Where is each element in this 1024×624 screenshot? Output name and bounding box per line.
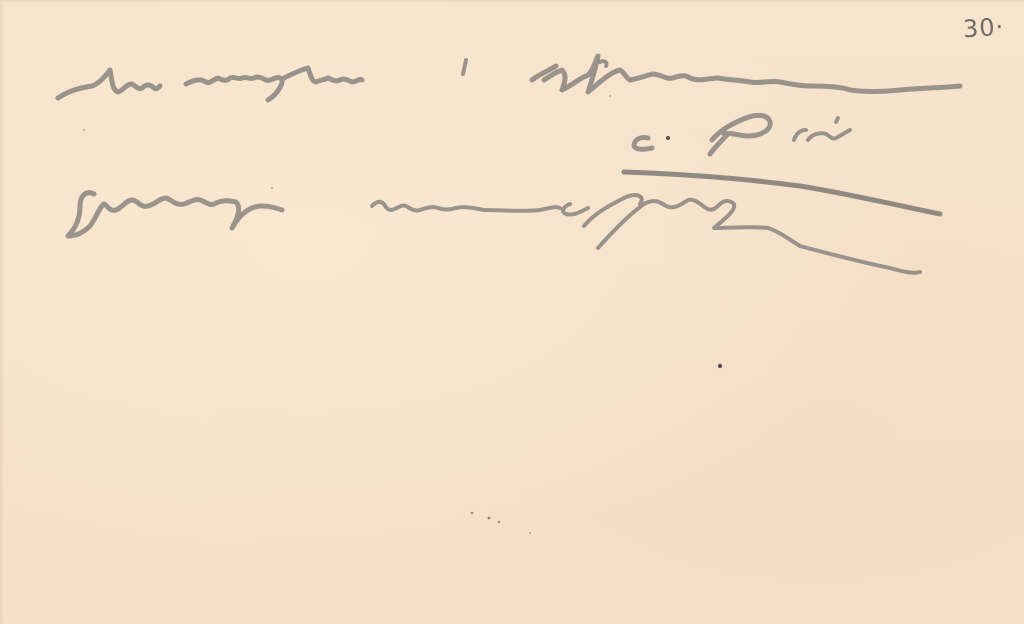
handwriting-line-2-text: с Ріо	[0, 0, 1, 1]
note-card: 30· На тихой, художник с Ріо Дилар и мис…	[0, 0, 1024, 624]
paper-specks	[83, 95, 722, 534]
handwriting-line-3	[68, 193, 920, 273]
handwriting-strokes	[0, 0, 1024, 624]
handwriting-line-1-text: На тихой, художник	[0, 0, 1, 1]
handwriting-line-3-text: Дилар и мистрани	[0, 0, 1, 1]
handwriting-line-2	[634, 115, 850, 154]
handwriting-line-1	[58, 56, 960, 100]
